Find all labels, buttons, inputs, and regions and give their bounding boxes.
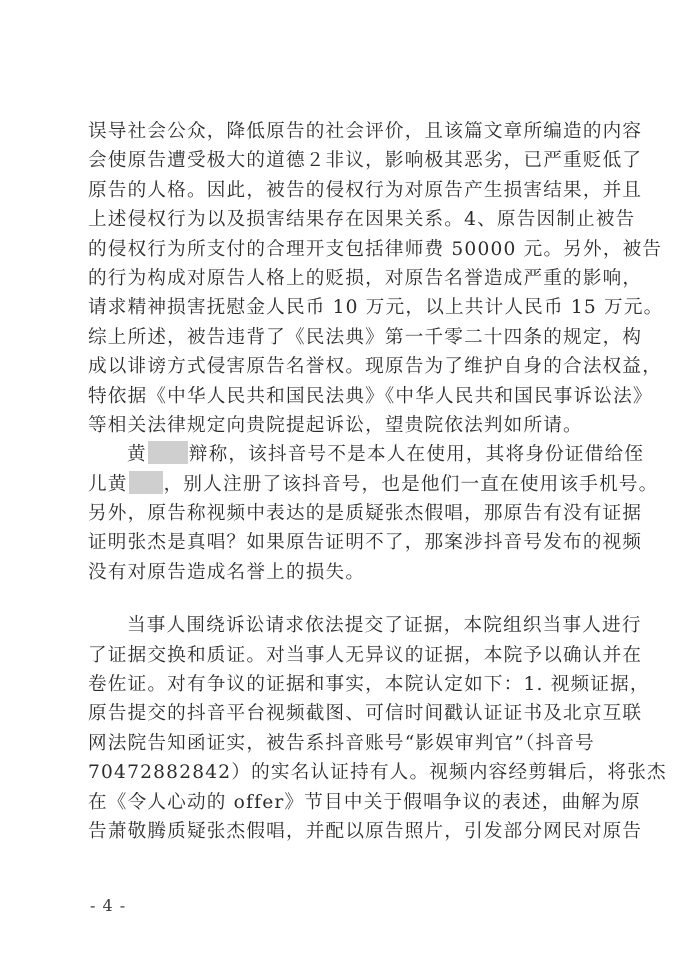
text-line: 当事人围绕诉讼请求依法提交了证据，本院组织当事人进行	[88, 611, 608, 640]
redacted-name-box	[129, 471, 163, 494]
text-line: 的侵权行为所支付的合理开支包括律师费 50000 元。另外，被告	[88, 235, 608, 264]
text-fragment: 辩称，该抖音号不是本人在使用，其将身份证借给侄	[189, 444, 644, 465]
text-line: 卷佐证。对有争议的证据和事实，本院认定如下：1. 视频证据，	[88, 670, 608, 699]
text-line: 没有对原告造成名誉上的损失。	[88, 558, 608, 587]
redacted-name-box	[148, 441, 188, 464]
text-line: 了证据交换和质证。对当事人无异议的证据，本院予以确认并在	[88, 641, 608, 670]
text-line: 的行为构成对原告人格上的贬损，对原告名誉造成严重的影响，	[88, 264, 608, 293]
text-line: 误导社会公众，降低原告的社会评价，且该篇文章所编造的内容	[88, 117, 608, 146]
text-line: 另外，原告称视频中表达的是质疑张杰假唱，那原告有没有证据	[88, 499, 608, 528]
text-line: 原告提交的抖音平台视频截图、可信时间戳认证证书及北京互联	[88, 699, 608, 728]
text-fragment: 黄	[127, 444, 147, 465]
page-number: - 4 -	[90, 896, 126, 915]
text-line: 70472882842）的实名认证持有人。视频内容经剪辑后，将张杰	[88, 758, 608, 787]
text-line: 上述侵权行为以及损害结果存在因果关系。4、原告因制止被告	[88, 205, 608, 234]
text-line: 会使原告遭受极大的道德２非议，影响极其恶劣，已严重贬低了	[88, 146, 608, 175]
text-line: 成以诽谤方式侵害原告名誉权。现原告为了维护自身的合法权益，	[88, 352, 608, 381]
text-line: 在《令人心动的 offer》节目中关于假唱争议的表述，曲解为原	[88, 788, 608, 817]
text-line: 黄辩称，该抖音号不是本人在使用，其将身份证借给侄	[88, 440, 608, 469]
text-fragment: 儿黄	[88, 474, 128, 495]
text-line: 告萧敬腾质疑张杰假唱，并配以原告照片，引发部分网民对原告	[88, 817, 608, 846]
paragraph-plaintiff-claims: 误导社会公众，降低原告的社会评价，且该篇文章所编造的内容 会使原告遭受极大的道德…	[88, 117, 608, 440]
text-line: 网法院告知函证实，被告系抖音账号“影娱审判官”（抖音号	[88, 729, 608, 758]
document-body: 误导社会公众，降低原告的社会评价，且该篇文章所编造的内容 会使原告遭受极大的道德…	[88, 117, 608, 846]
text-line: 综上所述，被告违背了《民法典》第一千零二十四条的规定，构	[88, 323, 608, 352]
text-line: 儿黄，别人注册了该抖音号，也是他们一直在使用该手机号。	[88, 470, 608, 499]
text-line: 等相关法律规定向贵院提起诉讼，望贵院依法判如所请。	[88, 411, 608, 440]
document-page: 误导社会公众，降低原告的社会评价，且该篇文章所编造的内容 会使原告遭受极大的道德…	[0, 0, 690, 976]
text-line: 证明张杰是真唱？如果原告证明不了，那案涉抖音号发布的视频	[88, 528, 608, 557]
text-fragment: ，别人注册了该抖音号，也是他们一直在使用该手机号。	[164, 474, 659, 495]
text-line: 请求精神损害抚慰金人民币 10 万元，以上共计人民币 15 万元。	[88, 293, 608, 322]
paragraph-evidence-findings: 当事人围绕诉讼请求依法提交了证据，本院组织当事人进行 了证据交换和质证。对当事人…	[88, 611, 608, 846]
text-line: 原告的人格。因此，被告的侵权行为对原告产生损害结果，并且	[88, 176, 608, 205]
paragraph-defendant-defense: 黄辩称，该抖音号不是本人在使用，其将身份证借给侄 儿黄，别人注册了该抖音号，也是…	[88, 440, 608, 587]
paragraph-spacer	[88, 587, 608, 611]
text-line: 特依据《中华人民共和国民法典》《中华人民共和国民事诉讼法》	[88, 382, 608, 411]
